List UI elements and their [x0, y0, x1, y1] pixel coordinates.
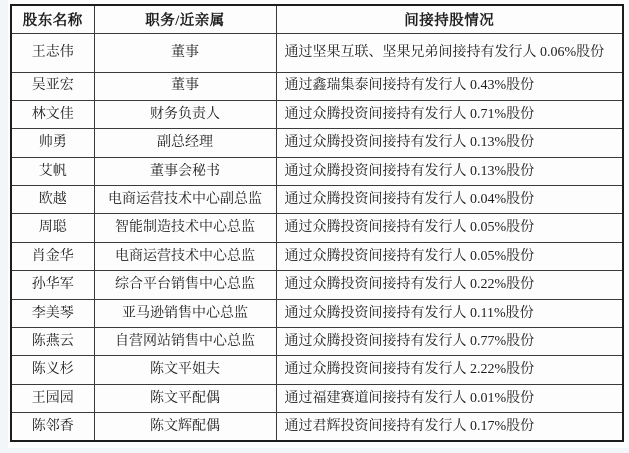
cell-role: 董事	[94, 72, 276, 100]
cell-holding: 通过众腾投资间接持有发行人 0.71%股份	[276, 100, 623, 128]
cell-role: 电商运营技术中心副总监	[94, 186, 276, 214]
table-row: 孙华军综合平台销售中心总监通过众腾投资间接持有发行人 0.22%股份	[11, 271, 623, 299]
cell-name: 陈燕云	[11, 328, 94, 356]
table-body: 王志伟董事通过坚果互联、坚果兄弟间接持有发行人 0.06%股份吴亚宏董事通过鑫瑞…	[11, 33, 623, 441]
cell-name: 帅勇	[11, 129, 94, 157]
table-row: 吴亚宏董事通过鑫瑞集泰间接持有发行人 0.43%股份	[11, 72, 623, 100]
cell-holding: 通过众腾投资间接持有发行人 0.13%股份	[276, 129, 623, 157]
table-header-row: 股东名称 职务/近亲属 间接持股情况	[11, 5, 623, 33]
cell-name: 王园园	[11, 384, 94, 412]
table-row: 林文佳财务负责人通过众腾投资间接持有发行人 0.71%股份	[11, 100, 623, 128]
table-row: 肖金华电商运营技术中心总监通过众腾投资间接持有发行人 0.05%股份	[11, 242, 623, 270]
header-cell-shareholder-name: 股东名称	[11, 5, 94, 33]
cell-holding: 通过众腾投资间接持有发行人 0.13%股份	[276, 157, 623, 185]
cell-role: 亚马逊销售中心总监	[94, 299, 276, 327]
cell-name: 陈义杉	[11, 356, 94, 384]
cell-role: 副总经理	[94, 129, 276, 157]
cell-role: 自营网站销售中心总监	[94, 328, 276, 356]
cell-name: 欧越	[11, 186, 94, 214]
cell-name: 陈邻香	[11, 413, 94, 441]
cell-role: 陈文辉配偶	[94, 413, 276, 441]
cell-name: 林文佳	[11, 100, 94, 128]
table-row: 艾帆董事会秘书通过众腾投资间接持有发行人 0.13%股份	[11, 157, 623, 185]
cell-name: 李美琴	[11, 299, 94, 327]
cell-name: 吴亚宏	[11, 72, 94, 100]
cell-name: 肖金华	[11, 242, 94, 270]
cell-name: 周聪	[11, 214, 94, 242]
table-row: 欧越电商运营技术中心副总监通过众腾投资间接持有发行人 0.04%股份	[11, 186, 623, 214]
cell-role: 智能制造技术中心总监	[94, 214, 276, 242]
cell-role: 电商运营技术中心总监	[94, 242, 276, 270]
table-row: 李美琴亚马逊销售中心总监通过众腾投资间接持有发行人 0.11%股份	[11, 299, 623, 327]
cell-holding: 通过众腾投资间接持有发行人 0.77%股份	[276, 328, 623, 356]
cell-role: 董事会秘书	[94, 157, 276, 185]
cell-holding: 通过众腾投资间接持有发行人 0.04%股份	[276, 186, 623, 214]
cell-role: 陈文平姐夫	[94, 356, 276, 384]
cell-holding: 通过鑫瑞集泰间接持有发行人 0.43%股份	[276, 72, 623, 100]
cell-holding: 通过众腾投资间接持有发行人 2.22%股份	[276, 356, 623, 384]
cell-name: 王志伟	[11, 33, 94, 72]
table-row: 周聪智能制造技术中心总监通过众腾投资间接持有发行人 0.05%股份	[11, 214, 623, 242]
table-row: 陈义杉陈文平姐夫通过众腾投资间接持有发行人 2.22%股份	[11, 356, 623, 384]
header-cell-position-relative: 职务/近亲属	[94, 5, 276, 33]
cell-holding: 通过君辉投资间接持有发行人 0.17%股份	[276, 413, 623, 441]
cell-holding: 通过众腾投资间接持有发行人 0.05%股份	[276, 242, 623, 270]
cell-role: 陈文平配偶	[94, 384, 276, 412]
cell-holding: 通过众腾投资间接持有发行人 0.05%股份	[276, 214, 623, 242]
cell-holding: 通过福建赛道间接持有发行人 0.01%股份	[276, 384, 623, 412]
header-cell-indirect-holding: 间接持股情况	[276, 5, 623, 33]
table-row: 陈燕云自营网站销售中心总监通过众腾投资间接持有发行人 0.77%股份	[11, 328, 623, 356]
shareholders-table: 股东名称 职务/近亲属 间接持股情况 王志伟董事通过坚果互联、坚果兄弟间接持有发…	[10, 4, 624, 442]
table-row: 陈邻香陈文辉配偶通过君辉投资间接持有发行人 0.17%股份	[11, 413, 623, 441]
document-page: 股东名称 职务/近亲属 间接持股情况 王志伟董事通过坚果互联、坚果兄弟间接持有发…	[8, 0, 629, 448]
cell-name: 孙华军	[11, 271, 94, 299]
cell-holding: 通过坚果互联、坚果兄弟间接持有发行人 0.06%股份	[276, 33, 623, 72]
table-row: 帅勇副总经理通过众腾投资间接持有发行人 0.13%股份	[11, 129, 623, 157]
table-row: 王志伟董事通过坚果互联、坚果兄弟间接持有发行人 0.06%股份	[11, 33, 623, 72]
cell-role: 董事	[94, 33, 276, 72]
table-row: 王园园陈文平配偶通过福建赛道间接持有发行人 0.01%股份	[11, 384, 623, 412]
cell-role: 财务负责人	[94, 100, 276, 128]
cell-role: 综合平台销售中心总监	[94, 271, 276, 299]
cell-holding: 通过众腾投资间接持有发行人 0.11%股份	[276, 299, 623, 327]
cell-holding: 通过众腾投资间接持有发行人 0.22%股份	[276, 271, 623, 299]
cell-name: 艾帆	[11, 157, 94, 185]
